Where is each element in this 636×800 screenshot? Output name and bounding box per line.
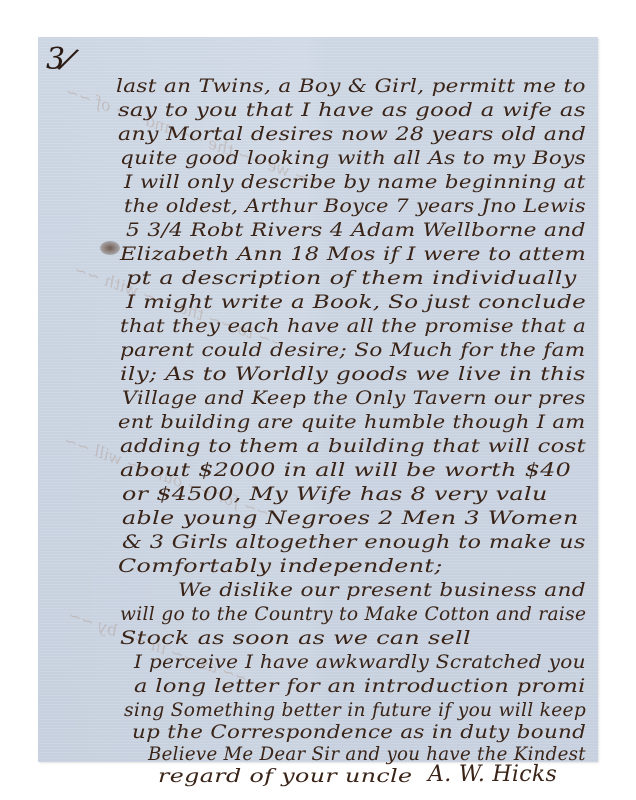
letter-line: last an Twins, a Boy & Girl, permitt me … (116, 75, 586, 97)
signature: A. W. Hicks (428, 762, 557, 787)
letter-line: the oldest, Arthur Boyce 7 years Jno Lew… (124, 195, 586, 217)
letter-line: Stock as soon as we can sell (120, 627, 471, 649)
letter-line: parent could desire; So Much for the fam (120, 339, 586, 361)
letter-line: regard of your uncle (158, 765, 412, 787)
letter-line: I perceive I have awkwardly Scratched yo… (134, 651, 586, 673)
letter-line: about $2000 in all will be worth $40 (120, 459, 571, 481)
letter-line: Village and Keep the Only Tavern our pre… (122, 387, 586, 409)
letter-line: I might write a Book, So just conclude (126, 291, 586, 313)
letter-line: We dislike our present business and (178, 579, 586, 601)
letter-line: will go to the Country to Make Cotton an… (120, 603, 586, 625)
letter-line: say to you that I have as good a wife as (118, 99, 586, 121)
letter-line: any Mortal desires now 28 years old and (118, 123, 586, 145)
letter-line: adding to them a building that will cost (120, 435, 586, 457)
letter-line: I will only describe by name beginning a… (124, 171, 586, 193)
letter-line: ent building are quite humble though I a… (118, 411, 585, 433)
letter-page: 3/ ~~ we ~~ the ~~ and ~~ of ~~ ~~ to ~~… (38, 37, 598, 762)
letter-line: Comfortably independent; (118, 555, 443, 577)
letter-line: & 3 Girls altogether enough to make us (122, 531, 586, 553)
letter-line: ily; As to Worldly goods we live in this (120, 363, 586, 385)
letter-line: up the Correspondence as in duty bound (132, 721, 586, 743)
letter-line: a long letter for an introduction promi (134, 675, 586, 697)
letter-line: quite good looking with all As to my Boy… (120, 147, 586, 169)
letter-line: that they each have all the promise that… (120, 315, 586, 337)
letter-line: pt a description of them individually (126, 267, 577, 289)
letter-body: last an Twins, a Boy & Girl, permitt me … (38, 37, 598, 762)
letter-line: 5 3/4 Robt Rivers 4 Adam Wellborne and (126, 219, 586, 241)
letter-line: able young Negroes 2 Men 3 Women (122, 507, 579, 529)
letter-line: or $4500, My Wife has 8 very valu (122, 483, 548, 505)
letter-line: Elizabeth Ann 18 Mos if I were to attem (120, 243, 586, 265)
letter-line: sing Something better in future if you w… (124, 699, 586, 721)
